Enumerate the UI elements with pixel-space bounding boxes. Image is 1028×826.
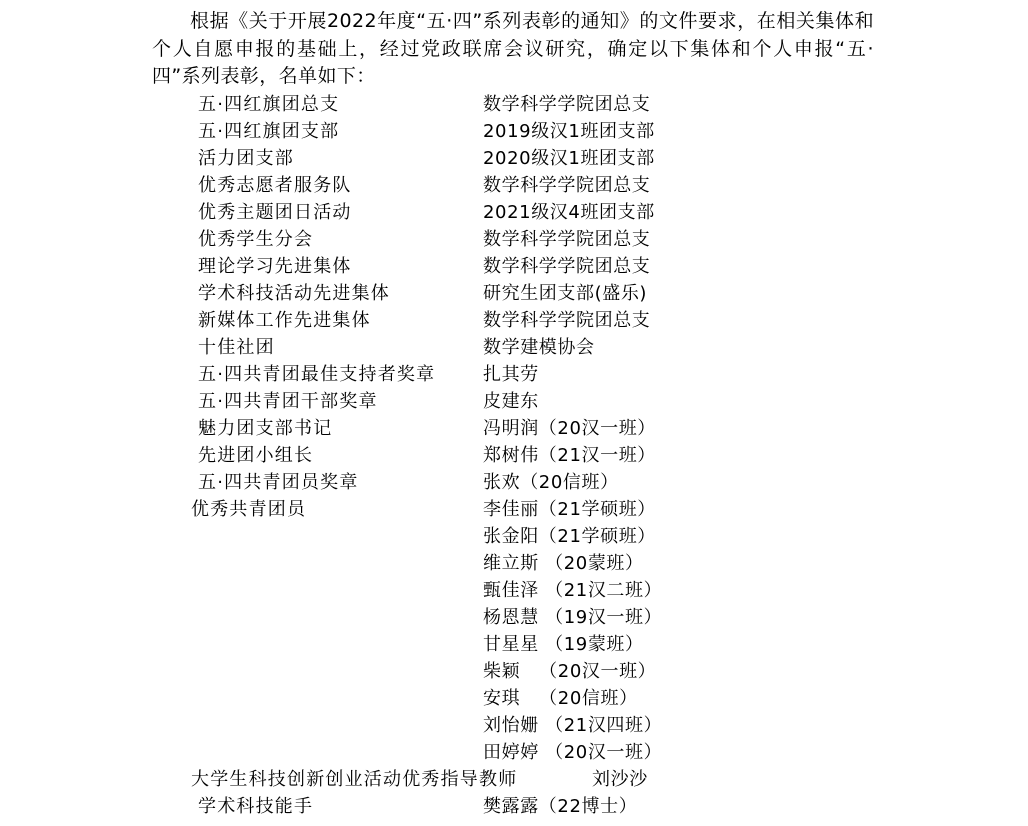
honor-row: 理论学习先进集体 数学科学学院团总支 [0,253,1028,280]
honor-row: 五·四红旗团总支 数学科学学院团总支 [0,91,1028,118]
award-name: 学术科技活动先进集体 [198,280,390,307]
recipient-name: 冯明润（20汉一班） [483,415,656,442]
honor-row: 新媒体工作先进集体 数学科学学院团总支 [0,307,1028,334]
honor-row: 张金阳（21学硕班） [0,523,1028,550]
honor-row: 维立斯 （20蒙班） [0,550,1028,577]
honor-row: 甘星星 （19蒙班） [0,631,1028,658]
award-name: 十佳社团 [198,334,275,361]
award-name: 理论学习先进集体 [198,253,352,280]
recipient-name: 维立斯 （20蒙班） [483,550,644,577]
recipient-name: 樊露露（22博士） [483,793,637,820]
honor-row: 柴颖 （20汉一班） [0,658,1028,685]
award-name: 魅力团支部书记 [198,415,332,442]
intro-paragraph: 根据《关于开展2022年度“五·四”系列表彰的通知》的文件要求，在相关集体和个人… [152,8,874,91]
recipient-name: 数学科学学院团总支 [483,307,650,334]
honor-row: 魅力团支部书记 冯明润（20汉一班） [0,415,1028,442]
recipient-name: 甘星星 （19蒙班） [483,631,644,658]
recipient-name: 杨恩慧 （19汉一班） [483,604,662,631]
recipient-name: 柴颖 （20汉一班） [483,658,656,685]
recipient-name: 2021级汉4班团支部 [483,199,655,226]
award-name: 学术科技能手 [198,793,313,820]
recipient-name: 数学建模协会 [483,334,595,361]
honor-row: 十佳社团 数学建模协会 [0,334,1028,361]
honors-list: 五·四红旗团总支 数学科学学院团总支 五·四红旗团支部 2019级汉1班团支部 … [0,91,1028,820]
recipient-name: 刘沙沙 [592,766,648,793]
honor-row: 田婷婷 （20汉一班） [0,739,1028,766]
award-name: 活力团支部 [198,145,294,172]
recipient-name: 皮建东 [483,388,539,415]
honor-row: 优秀志愿者服务队 数学科学学院团总支 [0,172,1028,199]
recipient-name: 安琪 （20信班） [483,685,638,712]
honor-row: 优秀共青团员 李佳丽（21学硕班） [0,496,1028,523]
honor-row: 学术科技能手 樊露露（22博士） [0,793,1028,820]
honor-row: 优秀学生分会 数学科学学院团总支 [0,226,1028,253]
award-name: 五·四共青团干部奖章 [198,388,378,415]
award-name: 五·四共青团最佳支持者奖章 [198,361,435,388]
honor-row: 大学生科技创新创业活动优秀指导教师 刘沙沙 [0,766,1028,793]
honor-row: 五·四共青团干部奖章 皮建东 [0,388,1028,415]
recipient-name: 田婷婷 （20汉一班） [483,739,662,766]
award-name: 五·四红旗团总支 [198,91,339,118]
recipient-name: 刘怡姗 （21汉四班） [483,712,662,739]
award-name: 先进团小组长 [198,442,313,469]
award-name: 优秀共青团员 [191,496,306,523]
honor-row: 安琪 （20信班） [0,685,1028,712]
recipient-name: 数学科学学院团总支 [483,226,650,253]
honor-row: 刘怡姗 （21汉四班） [0,712,1028,739]
honor-row: 先进团小组长 郑树伟（21汉一班） [0,442,1028,469]
award-name: 五·四红旗团支部 [198,118,339,145]
honor-row: 甄佳泽 （21汉二班） [0,577,1028,604]
recipient-name: 扎其劳 [483,361,539,388]
award-name: 大学生科技创新创业活动优秀指导教师 [191,766,517,793]
award-name: 优秀志愿者服务队 [198,172,352,199]
recipient-name: 郑树伟（21汉一班） [483,442,656,469]
award-name: 优秀学生分会 [198,226,313,253]
recipient-name: 数学科学学院团总支 [483,253,650,280]
recipient-name: 李佳丽（21学硕班） [483,496,656,523]
recipient-name: 2020级汉1班团支部 [483,145,655,172]
recipient-name: 张金阳（21学硕班） [483,523,656,550]
honor-row: 五·四共青团最佳支持者奖章 扎其劳 [0,361,1028,388]
honor-row: 优秀主题团日活动 2021级汉4班团支部 [0,199,1028,226]
honor-row: 五·四红旗团支部 2019级汉1班团支部 [0,118,1028,145]
recipient-name: 数学科学学院团总支 [483,91,650,118]
honor-row: 学术科技活动先进集体 研究生团支部(盛乐) [0,280,1028,307]
recipient-name: 2019级汉1班团支部 [483,118,655,145]
award-name: 新媒体工作先进集体 [198,307,371,334]
award-name: 五·四共青团员奖章 [198,469,359,496]
recipient-name: 数学科学学院团总支 [483,172,650,199]
award-name: 优秀主题团日活动 [198,199,352,226]
honor-row: 杨恩慧 （19汉一班） [0,604,1028,631]
recipient-name: 甄佳泽 （21汉二班） [483,577,662,604]
recipient-name: 张欢（20信班） [483,469,619,496]
honor-row: 五·四共青团员奖章 张欢（20信班） [0,469,1028,496]
honor-row: 活力团支部 2020级汉1班团支部 [0,145,1028,172]
recipient-name: 研究生团支部(盛乐) [483,280,647,307]
